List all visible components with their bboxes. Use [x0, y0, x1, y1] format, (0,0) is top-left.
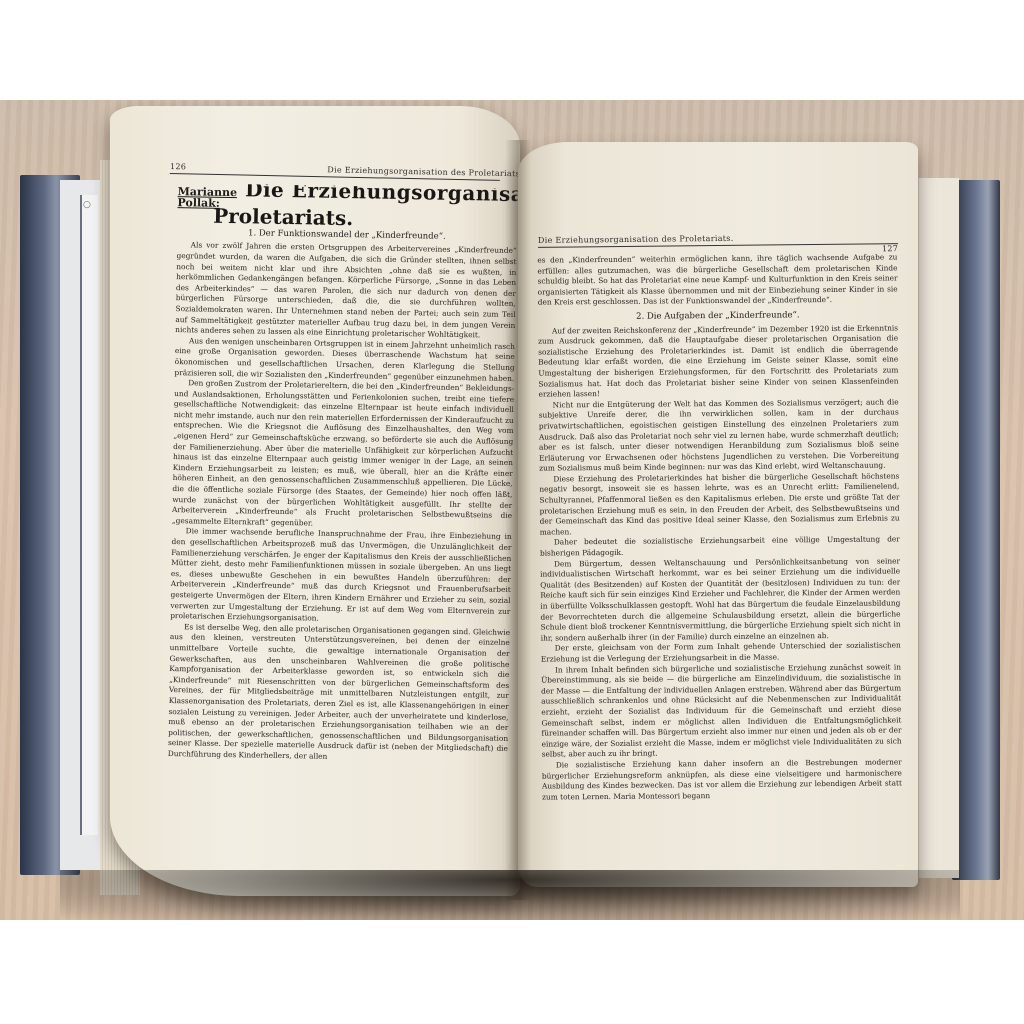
- paragraph: Den großen Zustrom der Proletariereltern…: [172, 378, 515, 532]
- paragraph: In ihrem Inhalt befinden sich bürgerlich…: [541, 662, 902, 760]
- running-head-left: Die Erziehungsorganisation des Proletari…: [327, 165, 520, 178]
- paragraph: Es ist derselbe Weg, den alle proletaris…: [168, 622, 510, 766]
- book-bottom-shadow: [60, 870, 960, 920]
- book-cover-right: [952, 180, 1000, 880]
- page-number-left: 126: [170, 162, 186, 171]
- paragraph: Aus den wenigen unscheinbaren Ortsgruppe…: [174, 336, 515, 384]
- paragraph: Diese Erziehung des Proletarierkindes ha…: [539, 471, 900, 538]
- paragraph: Die immer wachsende berufliche Inanspruc…: [170, 526, 512, 627]
- paragraph: es den „Kinderfreunden“ weiterhin ermögl…: [537, 252, 897, 308]
- book-gutter-shadow: [505, 140, 531, 900]
- section-heading-2: 2. Die Aufgaben der „Kinderfreunde“.: [538, 309, 898, 323]
- running-head-right: Die Erziehungsorganisation des Proletari…: [538, 234, 734, 245]
- slip-mark: ○: [83, 200, 91, 210]
- paragraph: Auf der zweiten Reichskonferenz der „Kin…: [538, 323, 899, 400]
- book-photo: ○ 126 Die Erziehungsorganisation des Pro…: [0, 100, 1024, 920]
- article-title: Die Erziehungsorganisation des: [245, 184, 518, 201]
- left-page-header: 126 Die Erziehungsorganisation des Prole…: [170, 162, 500, 181]
- right-page-body: es den „Kinderfreunden“ weiterhin ermögl…: [537, 252, 902, 865]
- paragraph: Nicht nur die Entgüterung der Welt hat d…: [539, 397, 900, 474]
- paragraph: Die sozialistische Erziehung kann daher …: [542, 757, 902, 803]
- left-page: 126 Die Erziehungsorganisation des Prole…: [110, 106, 520, 896]
- paper-slip: ○: [80, 195, 98, 835]
- right-page-header: Die Erziehungsorganisation des Proletari…: [538, 232, 898, 248]
- right-page: Die Erziehungsorganisation des Proletari…: [518, 142, 918, 887]
- endpaper-right: [918, 178, 959, 878]
- left-page-body: Marianne Pollak: Die Erziehungsorganisat…: [166, 183, 517, 849]
- paragraph: Als vor zwölf Jahren die ersten Ortsgrup…: [175, 240, 517, 341]
- paragraph: Dem Bürgertum, dessen Weltanschauung und…: [540, 556, 901, 644]
